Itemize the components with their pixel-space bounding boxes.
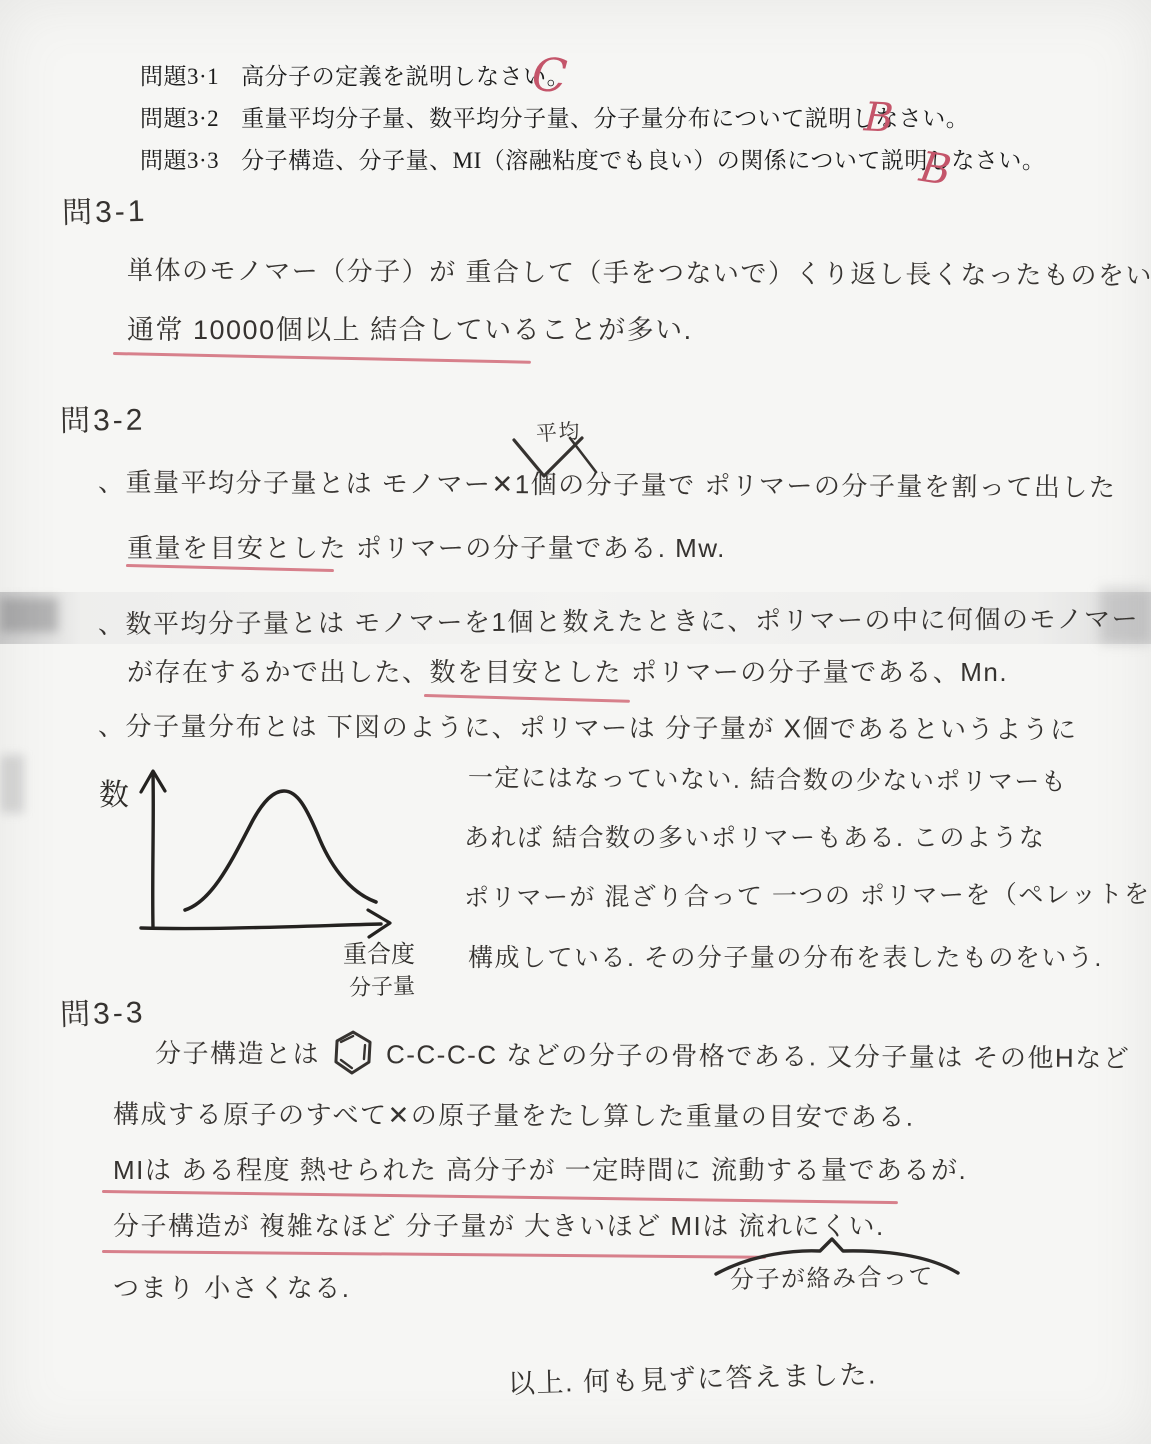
answer-3-3-line-3: MIは ある程度 熱せられた 高分子が 一定時間に 流動する量であるが.: [113, 1150, 967, 1187]
answer-3-2-line-1: 、重量平均分子量とは モノマー✕1個の分子量で ポリマーの分子量を割って出した: [98, 462, 1117, 504]
printed-question-3: 問題3·3分子構造、分子量、MI（溶融粘度でも良い）の関係について説明しなさい。: [140, 142, 1045, 175]
answer-3-3-line-1-text-b: C-C-C-C などの分子の骨格である. 又分子量は その他Hなど: [386, 1034, 1130, 1075]
answer-3-2-line-2: 重量を目安とした ポリマーの分子量である. Mw.: [127, 528, 726, 565]
answer-3-1-heading: 問3-1: [61, 186, 147, 232]
answer-3-2-right-line-1: 一定にはなっていない. 結合数の少ないポリマーも: [468, 758, 1068, 798]
answer-3-3-heading: 問3-3: [59, 987, 146, 1034]
scan-smudge-left-1: [0, 598, 58, 632]
question-3-label: 問題3·3: [140, 148, 219, 173]
grade-mark-q3: B: [917, 146, 954, 192]
graph-y-axis-label: 数: [99, 770, 129, 814]
answer-3-1-line-1: 単体のモノマー（分子）が 重合して（手をつないで）くり返し長くなったものをいう.: [127, 250, 1151, 293]
red-underline-3: [424, 694, 630, 703]
answer-3-2-line-4: が存在するかで出した、数を目安とした ポリマーの分子量である、Mn.: [127, 652, 1008, 689]
answer-3-3-annotation: 分子が絡み合って: [730, 1256, 935, 1295]
answer-3-2-heading: 問3-2: [60, 395, 146, 440]
answer-3-3-line-1: 分子構造とは C-C-C-C などの分子の骨格である. 又分子量は その他Hなど: [155, 1028, 1131, 1079]
answer-3-2-right-line-4: 構成している. その分子量の分布を表したものをいう.: [468, 938, 1103, 974]
red-underline-1: [113, 352, 531, 364]
closing-note: 以上. 何も見ずに答えました.: [507, 1352, 877, 1401]
graph-x-axis-label-2: 分子量: [348, 969, 415, 1002]
scanned-homework-page: 問題3·1高分子の定義を説明しなさい。 問題3·2重量平均分子量、数平均分子量、…: [0, 0, 1151, 1444]
red-underline-4: [102, 1190, 898, 1204]
question-1-text: 高分子の定義を説明しなさい。: [241, 64, 570, 89]
red-underline-2: [126, 564, 334, 572]
grade-mark-q1: C: [530, 51, 568, 99]
question-2-label: 問題3·2: [140, 106, 219, 131]
answer-3-2-right-line-2: あれば 結合数の多いポリマーもある. このような: [464, 818, 1045, 854]
printed-question-1: 問題3·1高分子の定義を説明しなさい。: [140, 58, 570, 91]
question-1-label: 問題3·1: [140, 64, 219, 89]
scan-smudge-left-2: [0, 755, 24, 813]
answer-3-1-line-2: 通常 10000個以上 結合していることが多い.: [127, 308, 693, 347]
benzene-ring-icon: [332, 1029, 374, 1075]
answer-3-3-line-5: つまり 小さくなる.: [113, 1268, 350, 1305]
answer-3-3-line-2: 構成する原子のすべて✕の原子量をたし算した重量の目安である.: [113, 1094, 915, 1134]
question-2-text: 重量平均分子量、数平均分子量、分子量分布について説明しなさい。: [241, 106, 969, 131]
graph-x-axis-label-1: 重合度: [343, 934, 415, 969]
answer-3-2-right-line-3: ポリマーが 混ざり合って 一つの ポリマーを（ペレットを）: [464, 874, 1151, 914]
printed-question-2: 問題3·2重量平均分子量、数平均分子量、分子量分布について説明しなさい。: [140, 100, 969, 133]
answer-3-2-line-5: 、分子量分布とは 下図のように、ポリマーは 分子量が X個であるというように: [98, 706, 1078, 746]
red-underline-5: [102, 1250, 766, 1259]
grade-mark-q2: B: [863, 97, 894, 138]
distribution-graph: 数 重合度 分子量: [85, 758, 415, 1010]
answer-3-3-line-1-text-a: 分子構造とは: [155, 1033, 320, 1071]
answer-3-2-line-3: 、数平均分子量とは モノマーを1個と数えたときに、ポリマーの中に何個のモノマー: [98, 599, 1139, 641]
